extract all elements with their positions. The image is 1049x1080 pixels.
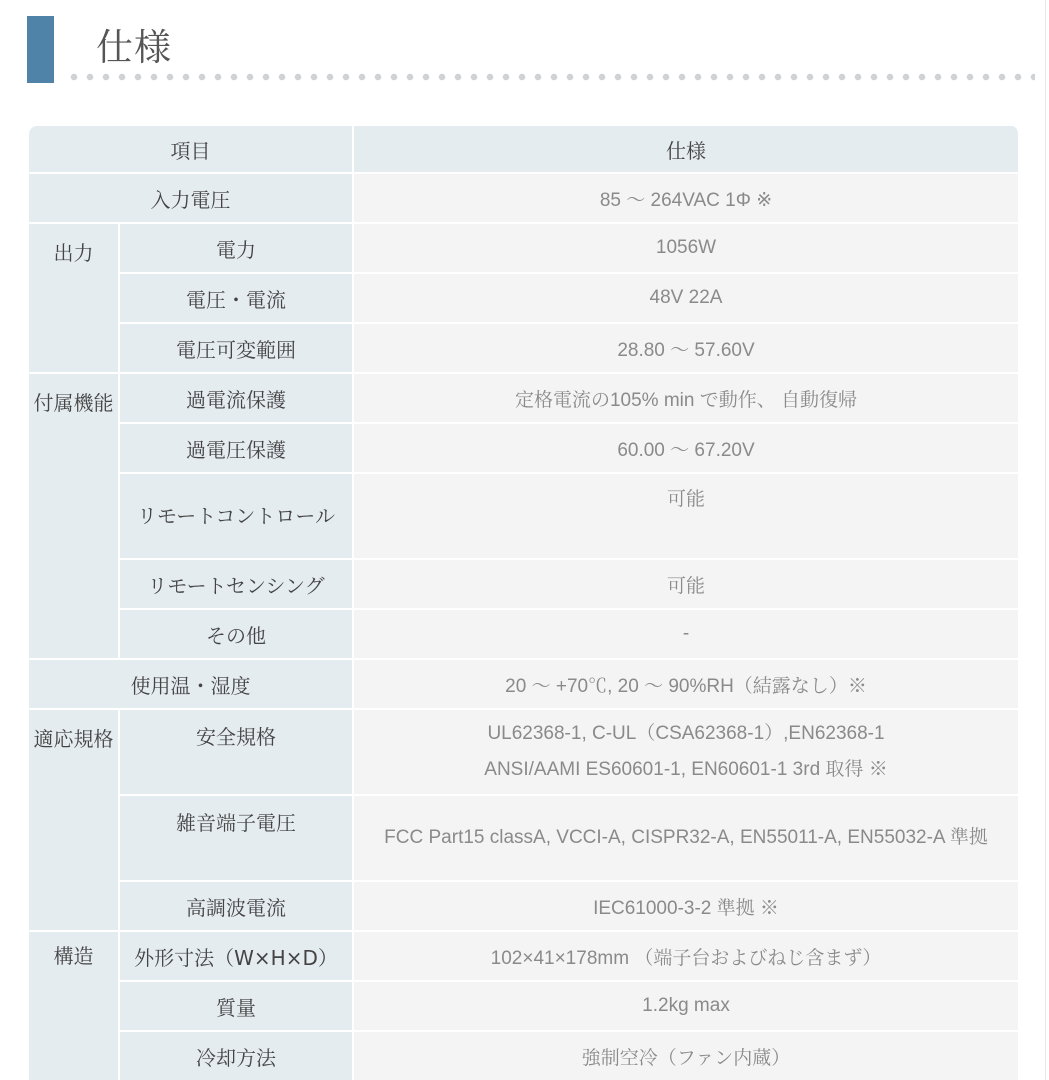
row-label: 入力電圧 bbox=[29, 174, 354, 224]
row-value: UL62368-1, C-UL（CSA62368-1）,EN62368-1 AN… bbox=[354, 710, 1020, 796]
table-row: リモートコントロール 可能 bbox=[29, 474, 1020, 560]
table-row: 質量 1.2kg max bbox=[29, 982, 1020, 1032]
row-label: 質量 bbox=[120, 982, 354, 1032]
dotted-divider bbox=[66, 73, 1035, 81]
row-label: 外形寸法（W×H×D） bbox=[120, 932, 354, 982]
table-row: 電圧可変範囲 28.80 〜 57.60V bbox=[29, 324, 1020, 374]
row-label: リモートコントロール bbox=[120, 474, 354, 560]
table-row: 冷却方法 強制空冷（ファン内蔵） bbox=[29, 1032, 1020, 1080]
row-value: 102×41×178mm （端子台およびねじ含まず） bbox=[354, 932, 1020, 982]
row-label: 冷却方法 bbox=[120, 1032, 354, 1080]
row-label: 安全規格 bbox=[120, 710, 354, 796]
row-label: 電圧可変範囲 bbox=[120, 324, 354, 374]
row-value: IEC61000-3-2 準拠 ※ bbox=[354, 882, 1020, 932]
row-label: 過電流保護 bbox=[120, 374, 354, 424]
row-value: 可能 bbox=[354, 560, 1020, 610]
row-value: 48V 22A bbox=[354, 274, 1020, 324]
row-label: 高調波電流 bbox=[120, 882, 354, 932]
value-line: UL62368-1, C-UL（CSA62368-1）,EN62368-1 bbox=[354, 716, 1018, 752]
header-spec: 仕様 bbox=[354, 126, 1020, 174]
row-value: 可能 bbox=[354, 474, 1020, 560]
table-row: リモートセンシング 可能 bbox=[29, 560, 1020, 610]
row-value: 28.80 〜 57.60V bbox=[354, 324, 1020, 374]
table-row: 付属機能 過電流保護 定格電流の105% min で動作、 自動復帰 bbox=[29, 374, 1020, 424]
spec-table: 項目 仕様 入力電圧 85 〜 264VAC 1Φ ※ 出力 電力 1056W … bbox=[29, 126, 1020, 1080]
row-label: 過電圧保護 bbox=[120, 424, 354, 474]
row-value: - bbox=[354, 610, 1020, 660]
group-label: 構造 bbox=[29, 932, 120, 1080]
row-label: リモートセンシング bbox=[120, 560, 354, 610]
table-row: 適応規格 安全規格 UL62368-1, C-UL（CSA62368-1）,EN… bbox=[29, 710, 1020, 796]
value-line: ANSI/AAMI ES60601-1, EN60601-1 3rd 取得 ※ bbox=[354, 752, 1018, 788]
row-label: 電力 bbox=[120, 224, 354, 274]
row-value: FCC Part15 classA, VCCI-A, CISPR32-A, EN… bbox=[354, 796, 1020, 882]
row-label: 雑音端子電圧 bbox=[120, 796, 354, 882]
row-label: 電圧・電流 bbox=[120, 274, 354, 324]
table-row: 入力電圧 85 〜 264VAC 1Φ ※ bbox=[29, 174, 1020, 224]
table-row: 使用温・湿度 20 〜 +70℃, 20 〜 90%RH（結露なし）※ bbox=[29, 660, 1020, 710]
table-row: その他 - bbox=[29, 610, 1020, 660]
row-value: 60.00 〜 67.20V bbox=[354, 424, 1020, 474]
table-row: 構造 外形寸法（W×H×D） 102×41×178mm （端子台およびねじ含まず… bbox=[29, 932, 1020, 982]
row-value: 1.2kg max bbox=[354, 982, 1020, 1032]
row-value: 定格電流の105% min で動作、 自動復帰 bbox=[354, 374, 1020, 424]
row-value: 85 〜 264VAC 1Φ ※ bbox=[354, 174, 1020, 224]
table-row: 出力 電力 1056W bbox=[29, 224, 1020, 274]
row-value: 強制空冷（ファン内蔵） bbox=[354, 1032, 1020, 1080]
header-item: 項目 bbox=[29, 126, 354, 174]
row-value: 1056W bbox=[354, 224, 1020, 274]
section-heading: 仕様 bbox=[0, 0, 1045, 100]
row-label: 使用温・湿度 bbox=[29, 660, 354, 710]
group-label: 適応規格 bbox=[29, 710, 120, 932]
table-row: 電圧・電流 48V 22A bbox=[29, 274, 1020, 324]
row-value: 20 〜 +70℃, 20 〜 90%RH（結露なし）※ bbox=[354, 660, 1020, 710]
heading-accent-bar bbox=[27, 16, 54, 83]
page-edge-rule bbox=[1045, 0, 1046, 1080]
table-row: 過電圧保護 60.00 〜 67.20V bbox=[29, 424, 1020, 474]
page-title: 仕様 bbox=[96, 24, 172, 72]
table-row: 雑音端子電圧 FCC Part15 classA, VCCI-A, CISPR3… bbox=[29, 796, 1020, 882]
group-label: 付属機能 bbox=[29, 374, 120, 660]
table-row: 高調波電流 IEC61000-3-2 準拠 ※ bbox=[29, 882, 1020, 932]
group-label: 出力 bbox=[29, 224, 120, 374]
row-label: その他 bbox=[120, 610, 354, 660]
